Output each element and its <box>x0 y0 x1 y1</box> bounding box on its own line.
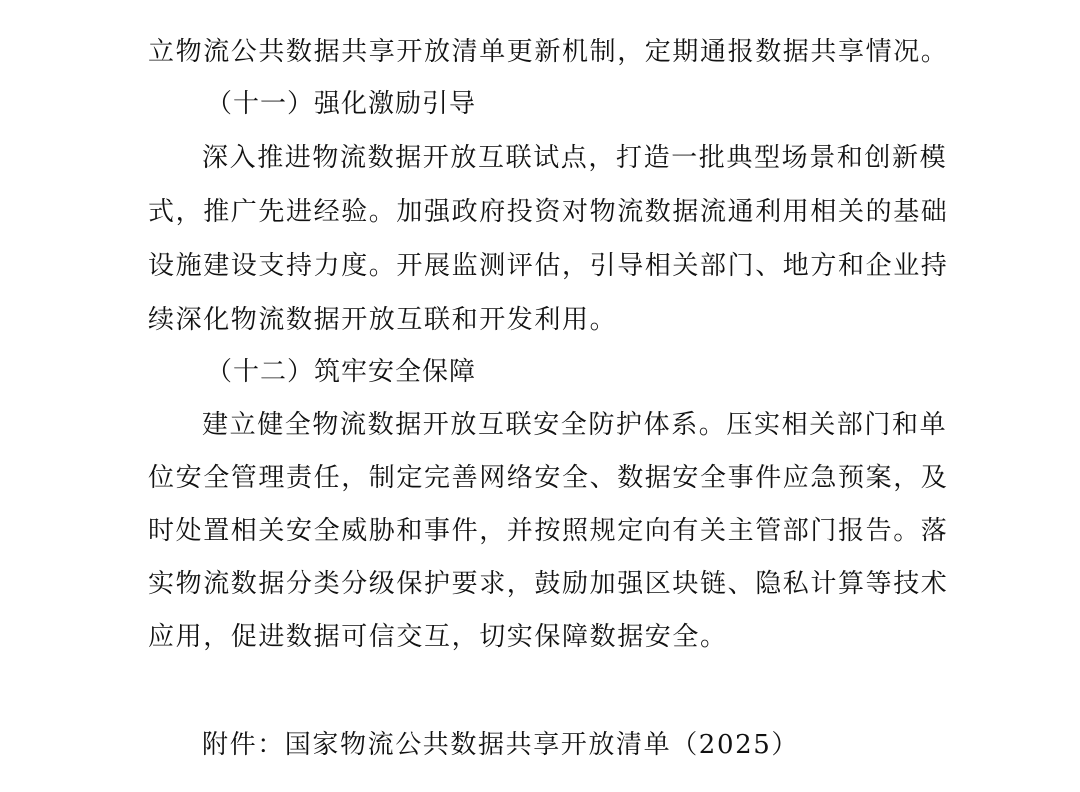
paragraph-line: 立物流公共数据共享开放清单更新机制，定期通报数据共享情况。 <box>148 32 934 72</box>
paragraph-line: 位安全管理责任，制定完善网络安全、数据安全事件应急预案，及 <box>148 458 934 498</box>
paragraph-line: 式，推广先进经验。加强政府投资对物流数据流通利用相关的基础 <box>148 192 934 232</box>
paragraph-line: 续深化物流数据开放互联和开发利用。 <box>148 300 934 340</box>
paragraph-line: 设施建设支持力度。开展监测评估，引导相关部门、地方和企业持 <box>148 246 934 286</box>
attachment-line: 附件：国家物流公共数据共享开放清单（2025） <box>148 725 934 765</box>
paragraph-line: 实物流数据分类分级保护要求，鼓励加强区块链、隐私计算等技术 <box>148 564 934 604</box>
section-heading-12: （十二）筑牢安全保障 <box>148 352 934 392</box>
paragraph-line: 深入推进物流数据开放互联试点，打造一批典型场景和创新模 <box>148 138 934 178</box>
paragraph-line: 应用，促进数据可信交互，切实保障数据安全。 <box>148 617 934 657</box>
section-heading-11: （十一）强化激励引导 <box>148 84 934 124</box>
paragraph-line: 建立健全物流数据开放互联安全防护体系。压实相关部门和单 <box>148 405 934 445</box>
paragraph-line: 时处置相关安全威胁和事件，并按照规定向有关主管部门报告。落 <box>148 511 934 551</box>
